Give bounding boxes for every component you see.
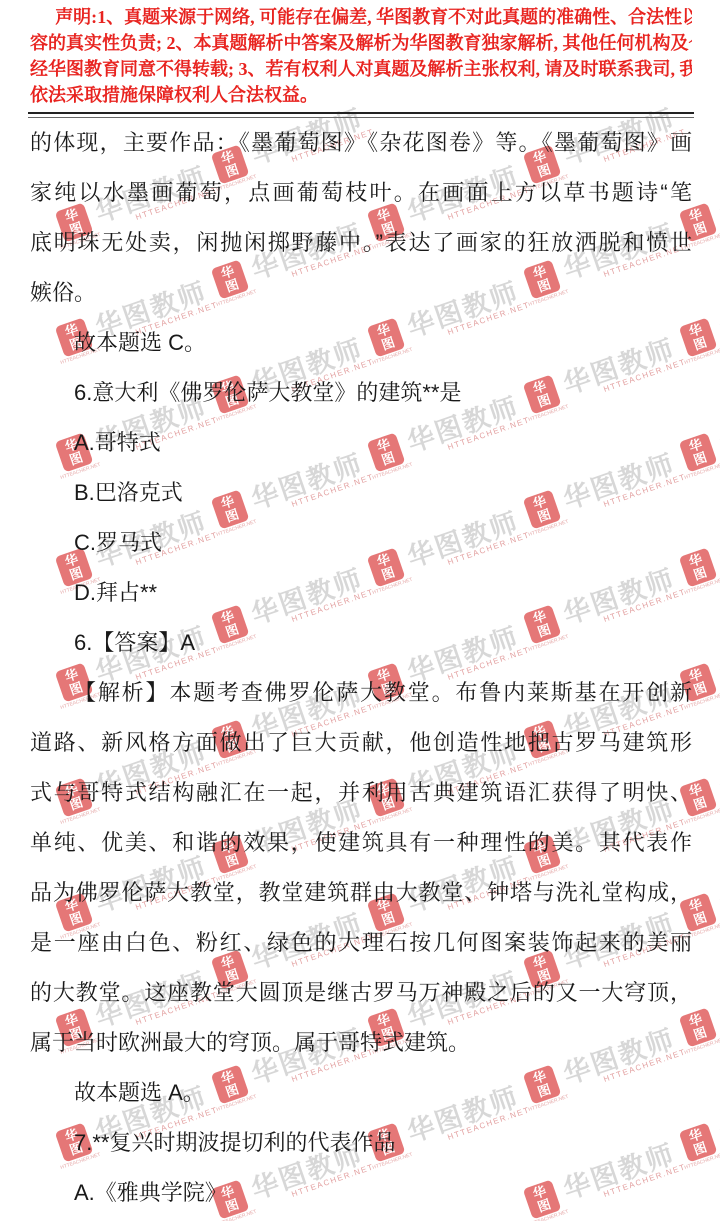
text-line: C.罗马式 (30, 518, 692, 568)
text-line: 嫉俗。 (30, 268, 692, 318)
text-line: 6.【答案】A (30, 618, 692, 668)
paragraph: C.罗马式 (30, 518, 692, 568)
text-line: 家纯以水墨画葡萄，点画葡萄枝叶。在画面上方以草书题诗“笔 (30, 168, 692, 218)
paragraph: A.哥特式 (30, 418, 692, 468)
disclaimer-line: 声明:1、真题来源于网络, 可能存在偏差, 华图教育不对此真题的准确性、合法性以… (30, 4, 692, 30)
text-line: 故本题选 C。 (30, 318, 692, 368)
paragraph: 的体现，主要作品：《墨葡萄图》《杂花图卷》等。《墨葡萄图》画家纯以水墨画葡萄，点… (30, 118, 692, 318)
text-line: 单纯、优美、和谐的效果，使建筑具有一种理性的美。其代表作 (30, 818, 692, 868)
text-line: 7.**复兴时期波提切利的代表作品 (30, 1118, 692, 1168)
text-line: 是一座由白色、粉红、绿色的大理石按几何图案装饰起来的美丽 (30, 918, 692, 968)
paragraph: A.《雅典学院》 (30, 1168, 692, 1218)
disclaimer-text: 1、真题来源于网络, 可能存在偏差, 华图教育不对此真题的准确性、合法性以及内 (97, 7, 692, 27)
paragraph: 7.**复兴时期波提切利的代表作品 (30, 1118, 692, 1168)
disclaimer-line: 容的真实性负责; 2、本真题解析中答案及解析为华图教育独家解析, 其他任何机构及… (30, 30, 692, 56)
paragraph: 6.意大利《佛罗伦萨大教堂》的建筑**是 (30, 368, 692, 418)
document-body: 的体现，主要作品：《墨葡萄图》《杂花图卷》等。《墨葡萄图》画家纯以水墨画葡萄，点… (0, 118, 720, 1218)
document-page: 华图HTTEACHER.NET华图教师HTTEACHER.NET华图HTTEAC… (0, 0, 720, 1221)
text-line: D.拜占** (30, 568, 692, 618)
text-line: B.巴洛克式 (30, 468, 692, 518)
disclaimer-label: 声明: (55, 7, 97, 27)
paragraph: D.拜占** (30, 568, 692, 618)
text-line: 道路、新风格方面做出了巨大贡献，他创造性地把古罗马建筑形 (30, 718, 692, 768)
paragraph: 故本题选 C。 (30, 318, 692, 368)
disclaimer: 声明:1、真题来源于网络, 可能存在偏差, 华图教育不对此真题的准确性、合法性以… (0, 0, 720, 108)
paragraph: B.巴洛克式 (30, 468, 692, 518)
paragraph: 6.【答案】A (30, 618, 692, 668)
text-line: 属于当时欧洲最大的穹顶。属于哥特式建筑。 (30, 1018, 692, 1068)
text-line: 6.意大利《佛罗伦萨大教堂》的建筑**是 (30, 368, 692, 418)
disclaimer-line: 经华图教育同意不得转载; 3、若有权利人对真题及解析主张权利, 请及时联系我司,… (30, 56, 692, 82)
text-line: 故本题选 A。 (30, 1068, 692, 1118)
disclaimer-line: 依法采取措施保障权利人合法权益。 (30, 82, 692, 108)
text-line: 式与哥特式结构融汇在一起，并利用古典建筑语汇获得了明快、 (30, 768, 692, 818)
paragraph: 故本题选 A。 (30, 1068, 692, 1118)
text-line: A.《雅典学院》 (30, 1168, 692, 1218)
text-line: 底明珠无处卖，闲抛闲掷野藤中。”表达了画家的狂放洒脱和愤世 (30, 218, 692, 268)
text-line: 的大教堂。这座教堂大圆顶是继古罗马万神殿之后的又一大穹顶， (30, 968, 692, 1018)
text-line: 【解析】本题考查佛罗伦萨大教堂。布鲁内莱斯基在开创新 (30, 668, 692, 718)
text-line: 品为佛罗伦萨大教堂，教堂建筑群由大教堂、钟塔与洗礼堂构成， (30, 868, 692, 918)
text-line: A.哥特式 (30, 418, 692, 468)
paragraph: 【解析】本题考查佛罗伦萨大教堂。布鲁内莱斯基在开创新道路、新风格方面做出了巨大贡… (30, 668, 692, 1068)
text-line: 的体现，主要作品：《墨葡萄图》《杂花图卷》等。《墨葡萄图》画 (30, 118, 692, 168)
text-layer: 声明:1、真题来源于网络, 可能存在偏差, 华图教育不对此真题的准确性、合法性以… (0, 0, 720, 1218)
